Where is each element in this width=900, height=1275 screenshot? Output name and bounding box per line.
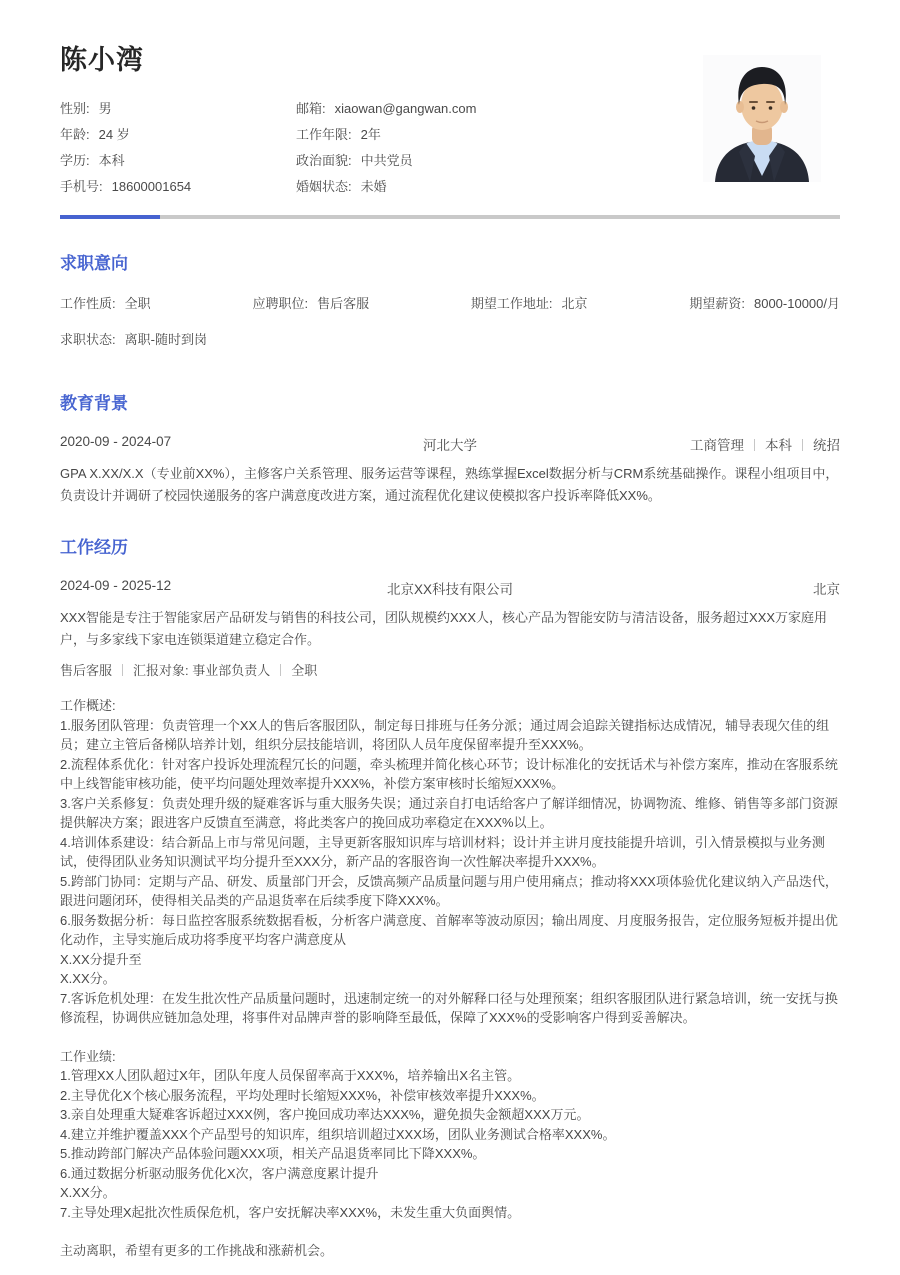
- field-label: 婚姻状态:: [296, 179, 352, 194]
- id-photo-illustration: [703, 55, 821, 182]
- field: 年龄:24 岁: [60, 122, 296, 148]
- field-value: 售后客服: [317, 296, 369, 311]
- field-value: 北京: [562, 296, 588, 311]
- field: 学历:本科: [60, 148, 296, 174]
- spacer: [60, 1222, 840, 1241]
- field: 手机号:18600001654: [60, 174, 296, 200]
- text-line: 4.培训体系建设：结合新品上市与常见问题，主导更新客服知识库与培训材料；设计并主…: [60, 833, 840, 872]
- position-title: 售后客服: [60, 663, 112, 678]
- work-period: 2024-09 - 2025-12: [60, 578, 171, 598]
- field: 工作性质:全职: [60, 295, 151, 313]
- field-label: 手机号:: [60, 179, 103, 194]
- text-line: 6.服务数据分析：每日监控客服系统数据看板，分析客户满意度、首解率等波动原因；输…: [60, 911, 840, 989]
- achievement-list: 1.管理XX人团队超过X年，团队年度人员保留率高于XXX%，培养输出X名主管。2…: [60, 1066, 840, 1222]
- report-to: 汇报对象: 事业部负责人: [133, 663, 270, 678]
- field-value: 中共党员: [361, 153, 413, 168]
- section-education: 教育背景 2020-09 - 2024-07 河北大学 工商管理本科统招 GPA…: [60, 389, 840, 507]
- field-label: 邮箱:: [296, 101, 326, 116]
- header-divider: [60, 215, 840, 219]
- field-label: 期望薪资:: [689, 296, 745, 311]
- text-line: 3.亲自处理重大疑难客诉超过XXX例，客户挽回成功率达XXX%，避免损失金额超X…: [60, 1105, 840, 1125]
- field-label: 工作性质:: [60, 296, 116, 311]
- job-intent-row-1: 工作性质:全职应聘职位:售后客服期望工作地址:北京期望薪资:8000-10000…: [60, 295, 840, 313]
- field: 性别:男: [60, 96, 296, 122]
- education-school: 河北大学: [423, 434, 477, 454]
- text-line: 4.建立并维护覆盖XXX个产品型号的知识库，组织培训超过XXX场，团队业务测试合…: [60, 1125, 840, 1145]
- education-enroll-type: 统招: [813, 438, 840, 453]
- education-period: 2020-09 - 2024-07: [60, 434, 171, 454]
- education-description: GPA X.XX/X.X（专业前XX%），主修客户关系管理、服务运营等课程，熟练…: [60, 463, 840, 507]
- field: 求职状态:离职-随时到岗: [60, 331, 840, 349]
- work-detail: 工作概述: 1.服务团队管理：负责管理一个XX人的售后客服团队，制定每日排班与任…: [60, 696, 840, 1261]
- resume-page: 陈小湾 性别:男年龄:24 岁学历:本科手机号:18600001654 邮箱:x…: [0, 0, 900, 1275]
- work-meta-row: 2024-09 - 2025-12 北京XX科技有限公司 北京: [60, 578, 840, 598]
- text-line: 7.客诉危机处理：在发生批次性产品质量问题时，迅速制定统一的对外解释口径与处理预…: [60, 989, 840, 1028]
- education-degree: 本科: [765, 438, 792, 453]
- education-qualifications: 工商管理本科统招: [690, 434, 840, 454]
- field: 期望薪资:8000-10000/月: [689, 295, 840, 313]
- basic-info-left-column: 性别:男年龄:24 岁学历:本科手机号:18600001654: [60, 96, 296, 200]
- spacer: [60, 1028, 840, 1047]
- text-line: 1.服务团队管理：负责管理一个XX人的售后客服团队，制定每日排班与任务分派；通过…: [60, 716, 840, 755]
- position-row: 售后客服汇报对象: 事业部负责人全职: [60, 660, 840, 682]
- field: 应聘职位:售后客服: [252, 295, 369, 313]
- overview-heading: 工作概述:: [60, 696, 840, 716]
- section-job-intent: 求职意向 工作性质:全职应聘职位:售后客服期望工作地址:北京期望薪资:8000-…: [60, 249, 840, 349]
- company-intro: XXX智能是专注于智能家居产品研发与销售的科技公司，团队规模约XXX人，核心产品…: [60, 607, 840, 651]
- text-line: 6.通过数据分析驱动服务优化X次，客户满意度累计提升 X.XX分。: [60, 1164, 840, 1203]
- field-label: 年龄:: [60, 127, 90, 142]
- separator-bar: [754, 439, 755, 451]
- field-value: 2年: [361, 127, 381, 142]
- field-value: xiaowan@gangwan.com: [335, 101, 477, 116]
- id-photo: [703, 55, 821, 182]
- text-line: 2.流程体系优化：针对客户投诉处理流程冗长的问题，牵头梳理并简化核心环节；设计标…: [60, 755, 840, 794]
- separator-bar: [122, 664, 123, 676]
- text-line: 7.主导处理X起批次性质保危机，客户安抚解决率XXX%，未发生重大负面舆情。: [60, 1203, 840, 1223]
- field-value: 8000-10000/月: [754, 296, 840, 311]
- text-line: 3.客户关系修复：负责处理升级的疑难客诉与重大服务失误；通过亲自打电话给客户了解…: [60, 794, 840, 833]
- separator-bar: [280, 664, 281, 676]
- section-work-experience: 工作经历 2024-09 - 2025-12 北京XX科技有限公司 北京 XXX…: [60, 533, 840, 1261]
- text-line: 5.跨部门协同：定期与产品、研发、质量部门开会，反馈高频产品质量问题与用户使用痛…: [60, 872, 840, 911]
- field-label: 期望工作地址:: [471, 296, 553, 311]
- field-label: 求职状态:: [60, 332, 116, 347]
- work-company: 北京XX科技有限公司: [387, 578, 513, 598]
- text-line: 5.推动跨部门解决产品体验问题XXX项，相关产品退货率同比下降XXX%。: [60, 1144, 840, 1164]
- field-value: 男: [99, 101, 112, 116]
- education-major: 工商管理: [690, 438, 744, 453]
- field-value: 18600001654: [112, 179, 192, 194]
- field-value: 离职-随时到岗: [125, 332, 207, 347]
- field-label: 应聘职位:: [252, 296, 308, 311]
- section-title-job-intent: 求职意向: [60, 249, 840, 274]
- overview-list: 1.服务团队管理：负责管理一个XX人的售后客服团队，制定每日排班与任务分派；通过…: [60, 716, 840, 1028]
- education-meta-row: 2020-09 - 2024-07 河北大学 工商管理本科统招: [60, 434, 840, 454]
- section-title-education: 教育背景: [60, 389, 840, 414]
- section-title-work-experience: 工作经历: [60, 533, 840, 558]
- job-type: 全职: [291, 663, 317, 678]
- job-intent-row-2: 求职状态:离职-随时到岗: [60, 331, 840, 349]
- field-label: 工作年限:: [296, 127, 352, 142]
- field-value: 本科: [99, 153, 125, 168]
- leave-reason: 主动离职，希望有更多的工作挑战和涨薪机会。: [60, 1241, 840, 1261]
- achievement-heading: 工作业绩:: [60, 1047, 840, 1067]
- header-divider-accent: [60, 215, 160, 219]
- work-location: 北京: [813, 578, 840, 598]
- text-line: 1.管理XX人团队超过X年，团队年度人员保留率高于XXX%，培养输出X名主管。: [60, 1066, 840, 1086]
- field-value: 全职: [125, 296, 151, 311]
- field-label: 学历:: [60, 153, 90, 168]
- text-line: 2.主导优化X个核心服务流程，平均处理时长缩短XXX%，补偿审核效率提升XXX%…: [60, 1086, 840, 1106]
- field-value: 24 岁: [99, 127, 130, 142]
- field-label: 性别:: [60, 101, 90, 116]
- field-label: 政治面貌:: [296, 153, 352, 168]
- field: 期望工作地址:北京: [471, 295, 588, 313]
- separator-bar: [802, 439, 803, 451]
- field-value: 未婚: [361, 179, 387, 194]
